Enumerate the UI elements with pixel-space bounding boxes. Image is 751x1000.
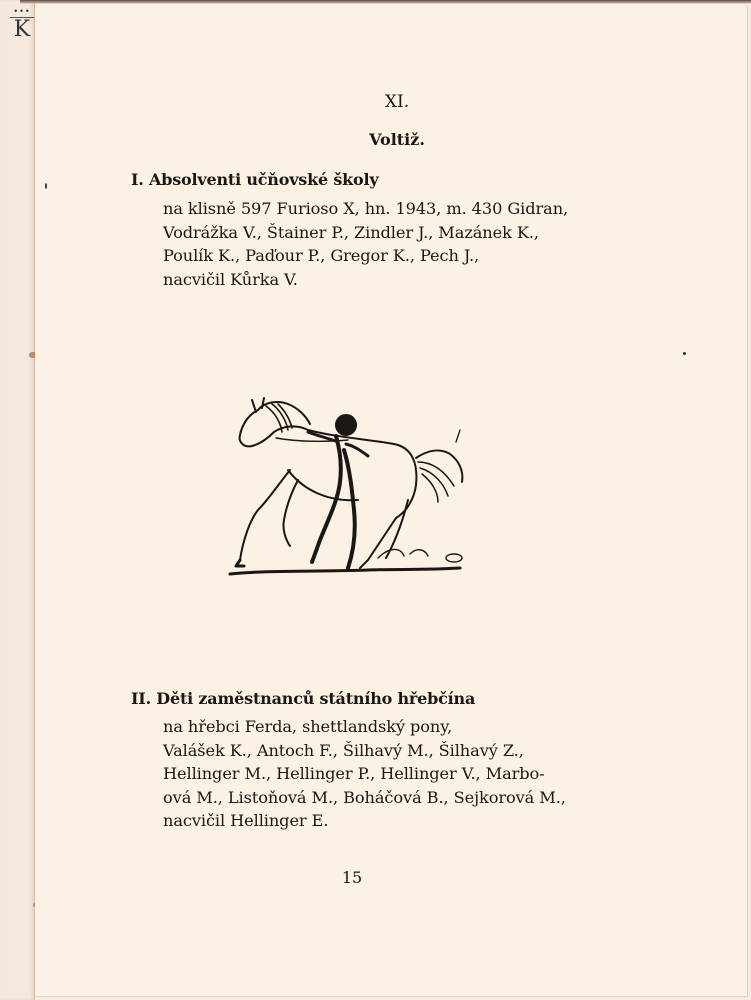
chapter-number: XI. <box>35 92 747 112</box>
library-logo: ••• K <box>10 8 34 42</box>
body-line: nacvičil Hellinger E. <box>163 809 566 833</box>
body-line: na klisně 597 Furioso X, hn. 1943, m. 43… <box>163 197 568 221</box>
body-line: na hřebci Ferda, shettlandský pony, <box>163 715 566 739</box>
section-heading-1: I. Absolventi učňovské školy <box>131 170 379 189</box>
body-line: ová M., Listoňová M., Boháčová B., Sejko… <box>163 786 566 810</box>
section-body-2: na hřebci Ferda, shettlandský pony, Valá… <box>163 715 566 833</box>
facing-page-edge <box>0 0 35 1000</box>
horse-vaulter-illustration <box>228 390 473 580</box>
paper-speck <box>45 183 47 189</box>
body-line: Valášek K., Antoch F., Šilhavý M., Šilha… <box>163 739 566 763</box>
body-line: nacvičil Kůrka V. <box>163 268 568 292</box>
chapter-title: Voltiž. <box>35 130 747 149</box>
scanned-page: ••• K XI. Voltiž. I. Absolventi učňovské… <box>0 0 751 1000</box>
body-line: Poulík K., Paďour P., Gregor K., Pech J.… <box>163 244 568 268</box>
paper-speck <box>683 352 686 355</box>
section-heading-2: II. Děti zaměstnanců státního hřebčína <box>131 689 475 708</box>
page-number: 15 <box>0 868 702 887</box>
body-line: Vodrážka V., Štainer P., Zindler J., Maz… <box>163 221 568 245</box>
logo-letter: K <box>10 18 34 42</box>
section-body-1: na klisně 597 Furioso X, hn. 1943, m. 43… <box>163 197 568 291</box>
body-line: Hellinger M., Hellinger P., Hellinger V.… <box>163 762 566 786</box>
